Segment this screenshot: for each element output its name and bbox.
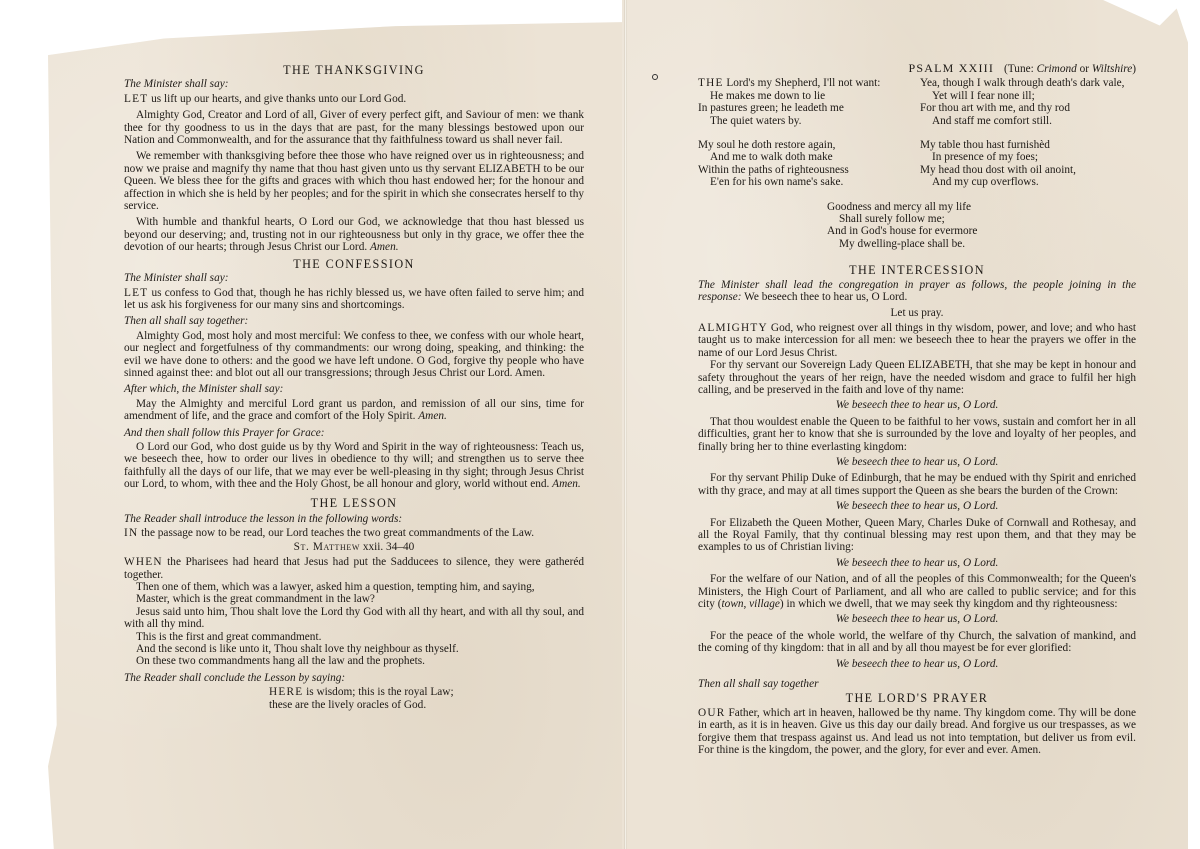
absolution-rubric: After which, the Minister shall say:	[124, 383, 584, 395]
intercession-petition: For the welfare of our Nation, and of al…	[698, 573, 1136, 610]
psalm-verses: THE Lord's my Shepherd, I'll not want: H…	[698, 77, 1136, 200]
confession-section: THE CONFESSION The Minister shall say: L…	[124, 258, 584, 491]
psalm-verse: My soul he doth restore again, And me to…	[698, 139, 920, 189]
psalm-verse: THE Lord's my Shepherd, I'll not want: H…	[698, 77, 920, 127]
congregation-response: We beseech thee to hear us, O Lord.	[698, 613, 1136, 625]
intercession-petition: For thy servant our Sovereign Lady Queen…	[698, 359, 1136, 396]
intercession-heading: THE INTERCESSION	[698, 264, 1136, 276]
thanksgiving-paragraph: Almighty God, Creator and Lord of all, G…	[124, 109, 584, 146]
lords-prayer-rubric: Then all shall say together	[698, 678, 1136, 690]
psalm-verse: Yea, though I walk through death's dark …	[920, 77, 1136, 127]
thanksgiving-paragraph: With humble and thankful hearts, O Lord …	[124, 216, 584, 253]
congregation-response: We beseech thee to hear us, O Lord.	[698, 399, 1136, 411]
lords-prayer-text: OUR Father, which art in heaven, hallowe…	[698, 707, 1136, 757]
intercession-section: THE INTERCESSION The Minister shall lead…	[698, 264, 1136, 690]
lesson-verse: Jesus said unto him, Thou shalt love the…	[124, 606, 584, 631]
scripture-reference: St. Matthew xxii. 34–40	[124, 541, 584, 553]
psalm-section: PSALM XXIII(Tune: Crimond or Wiltshire) …	[698, 62, 1136, 250]
psalm-heading: PSALM XXIII(Tune: Crimond or Wiltshire)	[698, 62, 1136, 75]
lesson-closing-rubric: The Reader shall conclude the Lesson by …	[124, 672, 584, 684]
lesson-verse: On these two commandments hang all the l…	[124, 655, 584, 667]
lesson-heading: THE LESSON	[124, 497, 584, 509]
intercession-opening: ALMIGHTY God, who reignest over all thin…	[698, 322, 1136, 359]
thanksgiving-rubric: The Minister shall say:	[124, 78, 584, 90]
right-page: PSALM XXIII(Tune: Crimond or Wiltshire) …	[698, 62, 1136, 761]
congregation-response: We beseech thee to hear us, O Lord.	[698, 557, 1136, 569]
grace-rubric: And then shall follow this Prayer for Gr…	[124, 427, 584, 439]
psalm-title: PSALM XXIII	[909, 61, 995, 75]
let-us-pray: Let us pray.	[698, 307, 1136, 319]
intercession-petition: That thou wouldest enable the Queen to b…	[698, 416, 1136, 453]
congregation-response: We beseech thee to hear us, O Lord.	[698, 456, 1136, 468]
confession-heading: THE CONFESSION	[124, 258, 584, 270]
congregation-response: We beseech thee to hear us, O Lord.	[698, 500, 1136, 512]
center-fold	[624, 0, 627, 849]
thanksgiving-section: THE THANKSGIVING The Minister shall say:…	[124, 64, 584, 254]
grace-prayer: O Lord our God, who dost guide us by thy…	[124, 441, 584, 491]
absolution-text: May the Almighty and merciful Lord grant…	[124, 398, 584, 423]
lesson-reading: WHEN the Pharisees had heard that Jesus …	[124, 556, 584, 581]
lesson-verse: Then one of them, which was a lawyer, as…	[124, 581, 584, 593]
thanksgiving-heading: THE THANKSGIVING	[124, 64, 584, 76]
punch-mark	[652, 74, 658, 80]
lesson-verse: Master, which is the great commandment i…	[124, 593, 584, 605]
lesson-rubric: The Reader shall introduce the lesson in…	[124, 513, 584, 525]
confession-rubric: Then all shall say together:	[124, 315, 584, 327]
intercession-petition: For the peace of the whole world, the we…	[698, 630, 1136, 655]
lesson-intro: IN the passage now to be read, our Lord …	[124, 527, 584, 539]
intercession-rubric: The Minister shall lead the congregation…	[698, 279, 1136, 304]
psalm-verse: My table thou hast furnishèd In presence…	[920, 139, 1136, 189]
psalm-verse: Goodness and mercy all my life Shall sur…	[827, 201, 1007, 251]
thanksgiving-opening: LET us lift up our hearts, and give than…	[124, 93, 584, 105]
confession-opening: LET us confess to God that, though he ha…	[124, 287, 584, 312]
left-page: THE THANKSGIVING The Minister shall say:…	[124, 64, 584, 711]
lesson-verse: And the second is like unto it, Thou sha…	[124, 643, 584, 655]
lords-prayer-heading: THE LORD'S PRAYER	[698, 692, 1136, 704]
lesson-verse: This is the first and great commandment.	[124, 631, 584, 643]
confession-rubric: The Minister shall say:	[124, 272, 584, 284]
intercession-petition: For thy servant Philip Duke of Edinburgh…	[698, 472, 1136, 497]
congregation-response: We beseech thee to hear us, O Lord.	[698, 658, 1136, 670]
confession-prayer: Almighty God, most holy and most mercifu…	[124, 330, 584, 380]
thanksgiving-paragraph: We remember with thanksgiving before the…	[124, 150, 584, 212]
lesson-section: THE LESSON The Reader shall introduce th…	[124, 497, 584, 712]
lesson-closing: HERE is wisdom; this is the royal Law; t…	[269, 686, 584, 711]
intercession-petition: For Elizabeth the Queen Mother, Queen Ma…	[698, 517, 1136, 554]
lords-prayer-section: THE LORD'S PRAYER OUR Father, which art …	[698, 692, 1136, 756]
